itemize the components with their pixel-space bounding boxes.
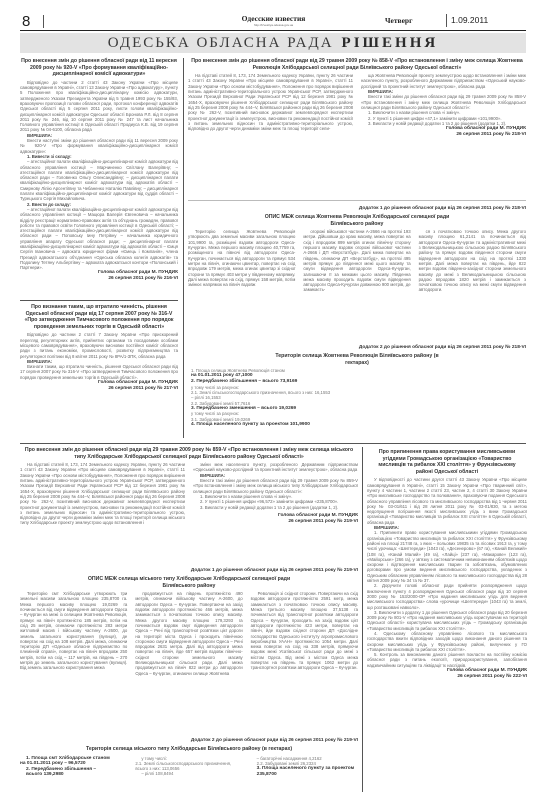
area-line: 4. Площа населеного пункту за проектом 1… [191, 422, 526, 428]
article-separator [188, 200, 526, 201]
signature-date: 26 серпня 2011 року № 222-VI [367, 674, 527, 680]
area-line: 2.1. Землі сільськогосподарського призна… [135, 761, 242, 772]
addendum-218-1: Додаток 1 до рішення обласної ради від 2… [188, 206, 526, 293]
boundary-text: продовжується на південь протяжністю 490… [135, 591, 242, 676]
addendum-caption: Додаток 2 до рішення обласної ради від 2… [20, 738, 358, 743]
addendum-caption: Додаток 1 до рішення обласної ради від 2… [20, 568, 358, 573]
article-title: Про припинення права користування мислив… [375, 449, 519, 475]
resolved-text: Внести такі зміни до рішення обласної ра… [361, 94, 526, 110]
article-intro: Відповідно до частини 2 статті 43 Закону… [20, 80, 178, 133]
item-text: – атестаційної палати кваліфікаційно-дис… [20, 207, 178, 271]
article-219: Про внесення змін до рішення обласної ра… [20, 447, 358, 526]
article-intro: Відповідно до частини 2 статті 7 Закону … [20, 332, 178, 358]
addendum-title: Територія селища Жовтнева Революція Біля… [268, 353, 446, 366]
addendum-title: Територія селища міського типу Хлібодарс… [80, 746, 298, 753]
resolved-item: 1. Припинити право користування мисливсь… [367, 530, 527, 583]
boundary-text: Революція зі східної сторони. Повертаючи… [251, 591, 358, 670]
banner-decisions: РІШЕННЯ [342, 35, 439, 51]
resolved-text: Внести такі зміни до рішення обласної ра… [193, 478, 358, 494]
addendum-219-1: Додаток 1 до рішення обласної ради від 2… [20, 568, 358, 676]
banner-council: ОДЕСЬКА ОБЛАСНА РАДА [108, 35, 334, 51]
addendum-title: ОПИС МЕЖ селища міського типу Хлібодарсь… [80, 576, 298, 589]
resolved-text: Внести наступні зміни до рішення обласно… [20, 138, 178, 154]
article-intro: На підставі статей 8, 173, 174 Земельног… [20, 462, 185, 526]
masthead-divider [446, 14, 447, 27]
boundary-text: Територію смт Хлібодарське утворюють три… [20, 591, 127, 670]
addendum-219-2: Додаток 2 до рішення обласної ради від 2… [20, 738, 358, 778]
boundary-text: Територію селища Жовтнева Революція утво… [188, 229, 295, 287]
addendum-caption: Додаток 1 до рішення обласної ради від 2… [188, 206, 526, 211]
addendum-caption: Додаток 2 до рішення обласної ради від 2… [188, 345, 526, 350]
resolved-item: 4. Одеському обласному управлінню лісово… [367, 631, 527, 652]
column-divider [362, 447, 363, 792]
resolved-item: 3. Викласти у новій редакції додатки 1 т… [193, 505, 358, 510]
area-line: всього 139,2980 [20, 772, 127, 778]
section-banner: ОДЕСЬКА ОБЛАСНА РАДАРІШЕННЯ [20, 33, 526, 53]
resolved-item: 3. Виключити з додатку 1 до рішення Одес… [367, 610, 527, 631]
article-218: Про внесення змін до рішення обласної ра… [188, 58, 526, 138]
resolved-item: 2. Доручити голові обласної ради прийнят… [367, 583, 527, 609]
addendum-title: ОПИС МЕЖ селища Жовтнева Революція Хлібо… [258, 214, 456, 227]
boundary-text: ся з початковою точкою опису. Межа друго… [419, 229, 526, 293]
item-text: – атестаційної палати кваліфікаційно-дис… [20, 159, 178, 201]
article-intro-cont: ща Жовтнева Революція проекту землеустро… [361, 73, 526, 89]
signature-date: 26 серпня 2011 року № 219-VI [193, 519, 358, 525]
article-title: Про внесення змін до рішення обласної ра… [188, 58, 526, 71]
article-title: Про визнання таким, що втратило чинність… [20, 304, 178, 330]
area-line: – ріллі 108,8494 [135, 771, 242, 776]
resolved-item: 2. У пункті 1 рішення цифри «96,572» зам… [193, 499, 358, 504]
article-separator [20, 300, 178, 301]
issue-date: 1.09.2011 [451, 15, 488, 25]
resolved-item: 5. Контроль за виконанням даного рішення… [367, 652, 527, 668]
article-intro: У відповідності до частини другої статті… [367, 477, 527, 525]
article-separator [20, 443, 526, 444]
signature-date: 26 серпня 2011 року № 217-VI [20, 386, 178, 392]
article-217: Про визнання таким, що втратило чинність… [20, 304, 178, 392]
masthead-rule [20, 30, 526, 31]
article-222: Про припинення права користування мислив… [367, 449, 527, 680]
issue-weekday: Четверг [385, 16, 412, 25]
article-intro-cont: зміни меж населеного пункту, розробленог… [193, 462, 358, 473]
signature-date: 26 серпня 2011 року № 216-VI [20, 276, 178, 282]
resolved-text: Визнати таким, що втратило чинність, ріш… [20, 364, 178, 380]
area-line: 3. Площа населеного пункту за проектом 2… [251, 766, 358, 777]
column-divider [183, 58, 184, 438]
boundary-text: огорожі військової частини А-2666 на про… [303, 229, 410, 293]
article-intro: На підставі статей 8, 173, 174 Земельног… [188, 73, 353, 131]
article-216: Про внесення змін до рішення обласної ра… [20, 58, 178, 282]
signature-date: 26 серпня 2011 року № 218-VI [361, 132, 526, 138]
addendum-218-2: Додаток 2 до рішення обласної ради від 2… [188, 345, 526, 428]
article-title: Про внесення змін до рішення обласної ра… [20, 58, 178, 78]
article-title: Про внесення змін до рішення обласної ра… [20, 447, 358, 460]
